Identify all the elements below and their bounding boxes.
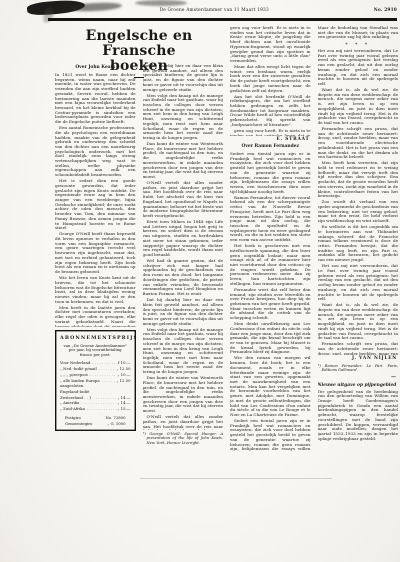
- paragraph: Dat hij daarbij hier en daar een klein f…: [143, 64, 224, 92]
- section-heading-keats: Over John Keats: [55, 65, 136, 71]
- paragraph: Het zou mij niet verwonderen, dat Le Par…: [318, 264, 399, 302]
- signature-e-straat: E. STRAAT: [230, 137, 310, 143]
- paragraph: Het zou mij niet verwonderen, dat Le Par…: [318, 49, 399, 87]
- rate-price: „ 12.50: [116, 378, 130, 384]
- paragraph: Het boek is geschreven met een intellect…: [230, 244, 311, 286]
- paragraph: Dan komt de winter van Wentworth Place, …: [143, 142, 224, 180]
- paragraph: geen oog voor heeft. Er is niets in te v…: [230, 26, 311, 64]
- paragraph: O'Neill vertelt dat alles zonder pathos,…: [143, 181, 224, 219]
- issue-number: No. 2910: [374, 8, 397, 13]
- paragraph: Sedert een tiental jaren zijn er in Fran…: [230, 152, 311, 194]
- subscription-box-title: ABONNEMENTSPRIJS: [60, 335, 131, 341]
- giro-value: „ G. 1000: [107, 421, 125, 427]
- paragraph: Maar dat alles weegt licht tegen de wins…: [230, 65, 311, 93]
- paragraph: Men heeft in de laatste jaren den dichte…: [55, 306, 136, 327]
- body-text-block: In 1821 werd te Rome een dichter begrave…: [55, 73, 136, 327]
- paragraph: In 1821 werd te Rome een dichter begrave…: [55, 73, 136, 125]
- paragraph: franco per post:: [60, 353, 131, 358]
- headline-line1: Engelsche en Fransche: [55, 29, 223, 59]
- paragraph: Wie het leven van Keats kent uit de brie…: [55, 276, 136, 304]
- section-heading-fernandez: Over Ramon Fernandez: [230, 144, 311, 150]
- paragraph: Fernandez schrijft een proza, dat aan de…: [318, 127, 399, 160]
- issue-line: De Groene Amsterdammer van 11 Maart 1933: [55, 8, 374, 13]
- paragraph: Dan komt de winter van Wentworth Place, …: [143, 376, 224, 414]
- paragraph: Ramon Fernandez, tot dusver vooral beken…: [230, 196, 311, 243]
- page-header: 18 De Groene Amsterdammer van 11 Maart 1…: [48, 8, 397, 13]
- paragraph: Dat hij daarbij hier en daar een klein f…: [143, 298, 224, 326]
- column-1: Over John Keats In 1821 werd te Rome een…: [55, 64, 136, 452]
- asterisk-separator: * * *: [318, 42, 399, 49]
- paragraph: Aan het slot herdenkt O'Neill de relieke…: [230, 95, 311, 128]
- giro-numbers: PostgiroNo. 72800Gemeentegiro„ G. 1000: [60, 415, 131, 426]
- giro-label: Gemeentegiro: [65, 421, 92, 427]
- body-text-block: Ter gelegenheid van de herdenking van de…: [318, 390, 399, 442]
- paragraph: En wellicht is dit het oogenblik om te h…: [318, 225, 399, 263]
- paragraph: Wel had ik gaarne gezien, dat de schrijv…: [143, 259, 224, 297]
- paragraph: Het is sedert dien een goede gewoonte ge…: [55, 179, 136, 231]
- rate-price: „ 15.—: [117, 406, 130, 412]
- column-4: Maar de bedoeling van Stendhal was niet …: [318, 26, 399, 452]
- body-text-block: geen oog voor heeft. Er is niets in te v…: [230, 26, 311, 136]
- paragraph: O'Neill vertelt dat alles zonder pathos,…: [143, 415, 224, 430]
- paragraph: George O'Neill heeft thans beproefd dit …: [55, 232, 136, 274]
- column-3: geen oog voor heeft. Er is niets in te v…: [230, 26, 311, 452]
- footnote-keats-book: *) George O'Neill: Special Hunger. A pre…: [143, 432, 224, 445]
- body-text-block: Het zou mij niet verwonderen, dat Le Par…: [318, 49, 399, 355]
- paragraph: Men volgt den knaap uit de manege van En…: [143, 94, 224, 141]
- giro-row: Gemeentegiro„ G. 1000: [60, 421, 131, 427]
- body-text-block: Sedert een tiental jaren zijn er in Fran…: [230, 152, 311, 452]
- signature-j-van-nijlen: J. VAN NIJLEN: [318, 356, 398, 362]
- paragraph: Wie den roman van morgen wil kennen, lez…: [230, 356, 311, 417]
- subscription-rates: Voor Nederland. . . . . . . . . . . . . …: [60, 360, 131, 411]
- paragraph: geen oog voor heeft. Er is niets in te v…: [230, 129, 311, 136]
- paragraph: Een aantal Romeinsche professoren, die a…: [55, 126, 136, 178]
- subscription-box: ABONNEMENTSPRIJS van „De Groene Amsterda…: [55, 330, 136, 431]
- paragraph: Sedert een tiental jaren zijn er in Fran…: [230, 419, 311, 452]
- paragraph: Men denkt onwillekeurig aan Les Confessi…: [230, 322, 311, 355]
- ink-smudge: [135, 0, 187, 6]
- dot-leader: . . . . . . . . . . . . . .: [100, 378, 117, 384]
- paragraph: Men heeft hem verweten, dat zijn held te…: [318, 161, 399, 199]
- paragraph: Maar de bedoeling van Stendhal was niet …: [318, 26, 399, 40]
- newspaper-page: 18 De Groene Amsterdammer van 11 Maart 1…: [0, 0, 400, 562]
- paragraph: Zoo wordt dit verhaal van een speler ong…: [318, 200, 399, 224]
- body-text-block: Maar de bedoeling van Stendhal was niet …: [318, 26, 399, 41]
- end-of-article-dash: —: [318, 374, 397, 381]
- page-number: 18: [48, 8, 55, 13]
- paragraph: Want dat is, als ik wel zie, de diepste …: [318, 303, 399, 341]
- paragraph: Fernandez weet dat zelf beter dan iemand…: [230, 288, 311, 321]
- section-heading-pipes: Nieuwe uitgave op pijpengebied: [318, 383, 399, 389]
- scan-artifact-line: [140, 478, 332, 479]
- header-rule: [48, 18, 397, 20]
- rate-row: „ Zuid-Afrika. . . . . . . . . . . . . .…: [60, 406, 131, 412]
- paragraph: Ter gelegenheid van de herdenking van de…: [318, 390, 399, 442]
- subscription-box-intro: van „De Groene Amsterdammer"per jaar, bi…: [60, 344, 131, 358]
- paragraph: Fernandez schrijft een proza, dat aan de…: [318, 342, 399, 355]
- paragraph: Want dat is, als ik wel zie, de diepste …: [318, 88, 399, 126]
- paragraph: Eerst toen Milnes in 1848 zijn Life and …: [143, 220, 224, 258]
- article-columns: Engelsche en Fransche boeken Over John K…: [55, 26, 398, 452]
- article-headline: Engelsche en Fransche boeken: [55, 26, 223, 64]
- body-text-block: Dat hij daarbij hier en daar een klein f…: [143, 64, 224, 430]
- paragraph: Men volgt den knaap uit de manege van En…: [143, 328, 224, 375]
- column-2: Dat hij daarbij hier en daar een klein f…: [143, 64, 224, 452]
- dot-leader: . . . . . . . . . . . . . .: [85, 406, 118, 412]
- rate-label: „ Zuid-Afrika: [60, 406, 85, 412]
- footnote-fernandez-book: *) Ramon Fernandez: Le Pari. Paris, Édit…: [318, 364, 399, 373]
